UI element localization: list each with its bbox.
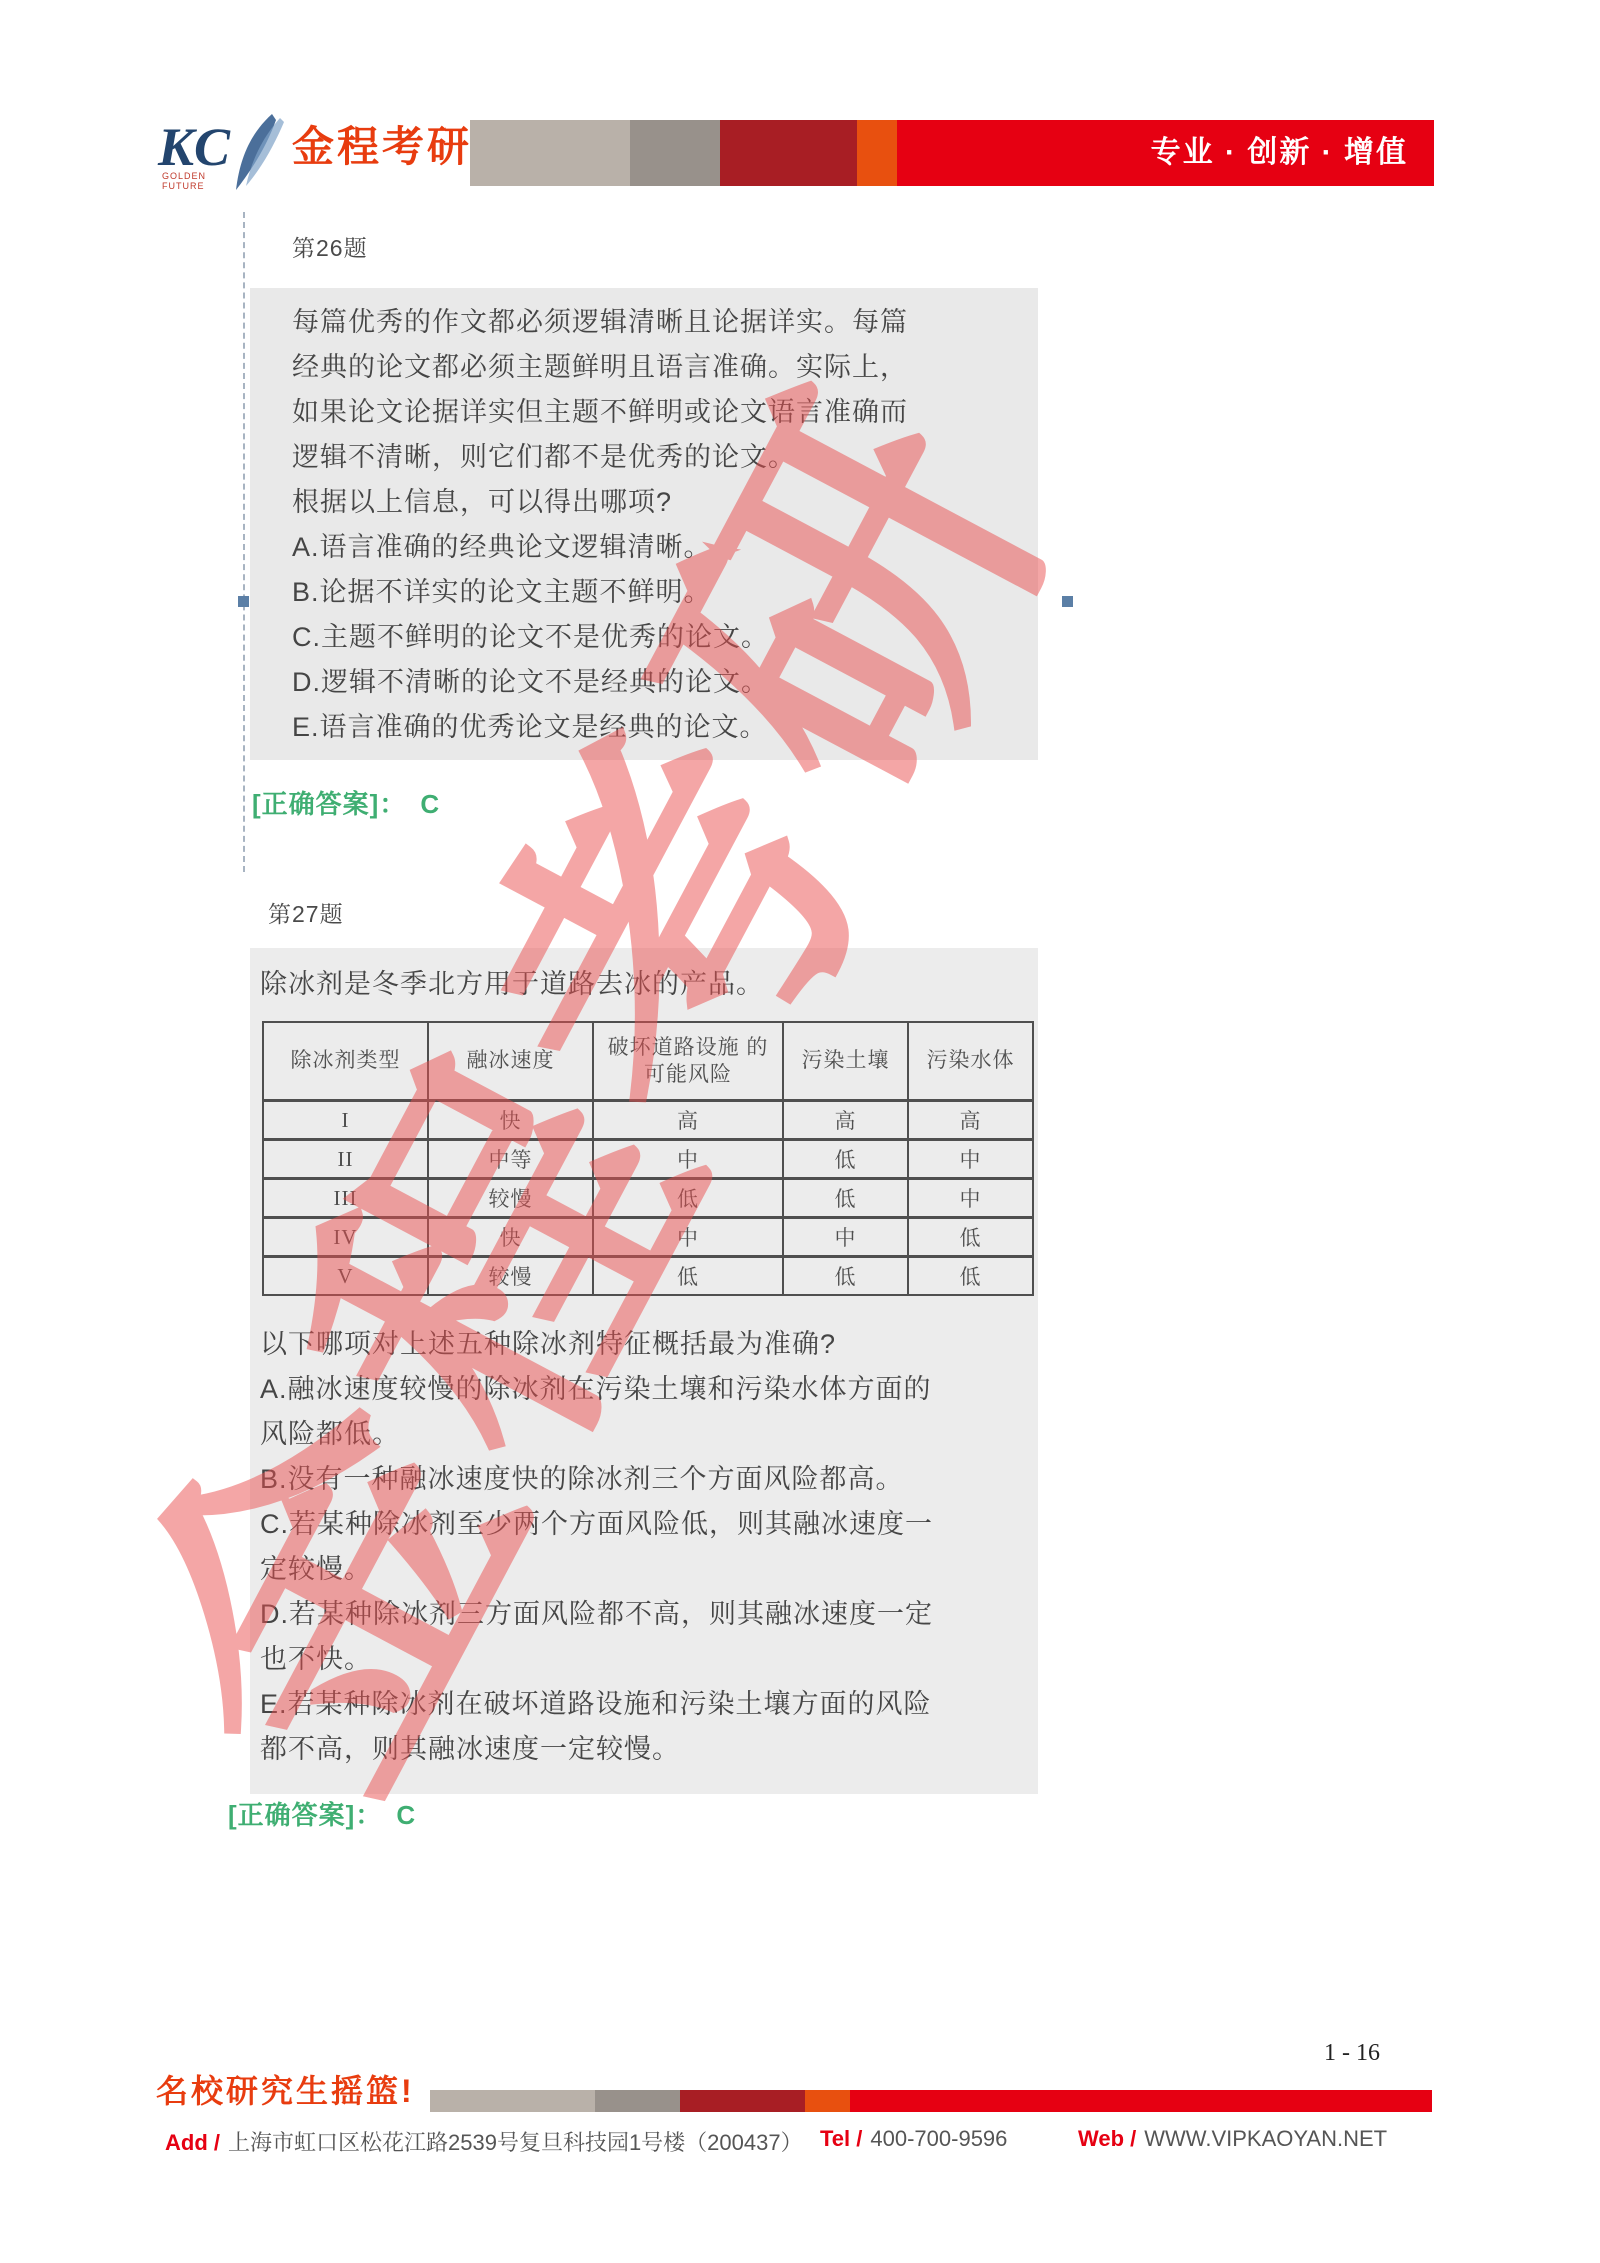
web-value: WWW.VIPKAOYAN.NET bbox=[1144, 2126, 1387, 2151]
q27-option-e: E.若某种除冰剂在破坏道路设施和污染土壤方面的风险 bbox=[260, 1682, 1038, 1727]
q26-option-e: E.语言准确的优秀论文是经典的论文。 bbox=[292, 705, 1038, 750]
q26-option-d: D.逻辑不清晰的论文不是经典的论文。 bbox=[292, 660, 1038, 705]
footer-bar-red bbox=[850, 2090, 1432, 2112]
table-row: V 较慢 低 低 低 bbox=[263, 1257, 1033, 1296]
cell: 高 bbox=[593, 1101, 783, 1140]
q26-stem-line: 根据以上信息，可以得出哪项? bbox=[292, 480, 1038, 525]
deicer-risk-table: 除冰剂类型 融冰速度 破坏道路设施 的可能风险 污染土壤 污染水体 I 快 高 … bbox=[262, 1021, 1034, 1296]
col-header: 污染土壤 bbox=[783, 1022, 908, 1101]
q27-option-b: B.没有一种融冰速度快的除冰剂三个方面风险都高。 bbox=[260, 1457, 1038, 1502]
cell: 中 bbox=[908, 1140, 1033, 1179]
image-selection-dashed-border bbox=[243, 212, 245, 872]
table-row: IV 快 中 中 低 bbox=[263, 1218, 1033, 1257]
q27-question-line: 以下哪项对上述五种除冰剂特征概括最为准确? bbox=[260, 1322, 1038, 1367]
q26-answer-label: [正确答案]： bbox=[252, 789, 406, 819]
q27-answer-label: [正确答案]： bbox=[228, 1800, 382, 1830]
header-slogan: 专业 · 创新 · 增值 bbox=[1151, 120, 1434, 186]
question-26-body: 每篇优秀的作文都必须逻辑清晰且论据详实。每篇 经典的论文都必须主题鲜明且语言准确… bbox=[250, 288, 1038, 760]
q26-answer-value: C bbox=[420, 789, 440, 819]
q26-stem-line: 逻辑不清晰，则它们都不是优秀的论文。 bbox=[292, 435, 1038, 480]
footer-website[interactable]: Web /WWW.VIPKAOYAN.NET bbox=[1078, 2126, 1387, 2152]
cell: IV bbox=[263, 1218, 428, 1257]
q27-answer-row: [正确答案]：C bbox=[228, 1795, 416, 1832]
q26-stem-line: 经典的论文都必须主题鲜明且语言准确。实际上， bbox=[292, 345, 1038, 390]
cell: 高 bbox=[783, 1101, 908, 1140]
q27-answer-value: C bbox=[396, 1800, 416, 1830]
col-header: 融冰速度 bbox=[428, 1022, 593, 1101]
q26-option-b: B.论据不详实的论文主题不鲜明。 bbox=[292, 570, 1038, 615]
q27-option-c-cont: 定较慢。 bbox=[260, 1547, 1038, 1592]
cell: 低 bbox=[908, 1257, 1033, 1296]
address-value: 上海市虹口区松花江路2539号复旦科技园1号楼（200437） bbox=[228, 2130, 803, 2155]
question-27-title: 第27题 bbox=[268, 896, 344, 929]
q26-option-c: C.主题不鲜明的论文不是优秀的论文。 bbox=[292, 615, 1038, 660]
tel-value: 400-700-9596 bbox=[870, 2126, 1007, 2151]
q27-option-d-cont: 也不快。 bbox=[260, 1637, 1038, 1682]
cell: 低 bbox=[593, 1257, 783, 1296]
cell: 低 bbox=[783, 1257, 908, 1296]
q26-option-a: A.语言准确的经典论文逻辑清晰。 bbox=[292, 525, 1038, 570]
header-bar-red: 专业 · 创新 · 增值 bbox=[897, 120, 1434, 186]
selection-handle-right[interactable] bbox=[1062, 596, 1073, 607]
cell: 低 bbox=[908, 1218, 1033, 1257]
q27-option-a-cont: 风险都低。 bbox=[260, 1412, 1038, 1457]
address-label: Add / bbox=[165, 2130, 220, 2155]
q26-stem-line: 每篇优秀的作文都必须逻辑清晰且论据详实。每篇 bbox=[292, 300, 1038, 345]
footer-slogan: 名校研究生摇篮! bbox=[156, 2066, 415, 2112]
selection-handle-left[interactable] bbox=[238, 596, 249, 607]
cell: 低 bbox=[593, 1179, 783, 1218]
cell: 高 bbox=[908, 1101, 1033, 1140]
table-header-row: 除冰剂类型 融冰速度 破坏道路设施 的可能风险 污染土壤 污染水体 bbox=[263, 1022, 1033, 1101]
cell: I bbox=[263, 1101, 428, 1140]
q27-option-a: A.融冰速度较慢的除冰剂在污染土壤和污染水体方面的 bbox=[260, 1367, 1038, 1412]
cell: 中 bbox=[908, 1179, 1033, 1218]
header-bar-segment-lightgray bbox=[470, 120, 630, 186]
cell: III bbox=[263, 1179, 428, 1218]
footer-bar-segment-orange bbox=[805, 2090, 850, 2112]
q26-stem-line: 如果论文论据详实但主题不鲜明或论文语言准确而 bbox=[292, 390, 1038, 435]
tel-label: Tel / bbox=[820, 2126, 862, 2151]
page-number: 1 - 16 bbox=[1250, 2040, 1380, 2067]
logo-tagline: GOLDEN FUTURE bbox=[162, 172, 222, 192]
footer-address: Add /上海市虹口区松花江路2539号复旦科技园1号楼（200437） bbox=[165, 2126, 803, 2157]
cell: 中 bbox=[593, 1218, 783, 1257]
table-row: III 较慢 低 低 中 bbox=[263, 1179, 1033, 1218]
col-header: 破坏道路设施 的可能风险 bbox=[593, 1022, 783, 1101]
q26-answer-row: [正确答案]：C bbox=[252, 784, 440, 821]
footer-bar-segment-darkred bbox=[680, 2090, 805, 2112]
cell: 中 bbox=[783, 1218, 908, 1257]
cell: 中等 bbox=[428, 1140, 593, 1179]
cell: 快 bbox=[428, 1218, 593, 1257]
header-bar-segment-gray bbox=[630, 120, 720, 186]
brand-name: 金程考研 bbox=[292, 126, 472, 168]
q27-option-c: C.若某种除冰剂至少两个方面风险低，则其融冰速度一 bbox=[260, 1502, 1038, 1547]
header-bar-segment-orange bbox=[857, 120, 897, 186]
cell: 低 bbox=[783, 1179, 908, 1218]
q27-intro: 除冰剂是冬季北方用于道路去冰的产品。 bbox=[260, 962, 1038, 1007]
table-row: II 中等 中 低 中 bbox=[263, 1140, 1033, 1179]
cell: 快 bbox=[428, 1101, 593, 1140]
cell: 中 bbox=[593, 1140, 783, 1179]
col-header: 除冰剂类型 bbox=[263, 1022, 428, 1101]
question-26-title: 第26题 bbox=[292, 230, 368, 263]
question-27-body: 除冰剂是冬季北方用于道路去冰的产品。 除冰剂类型 融冰速度 破坏道路设施 的可能… bbox=[250, 948, 1038, 1794]
footer-bar-segment-gray bbox=[595, 2090, 680, 2112]
cell: 较慢 bbox=[428, 1257, 593, 1296]
col-header: 污染水体 bbox=[908, 1022, 1033, 1101]
web-label: Web / bbox=[1078, 2126, 1136, 2151]
cell: II bbox=[263, 1140, 428, 1179]
footer-telephone: Tel /400-700-9596 bbox=[820, 2126, 1007, 2152]
table-row: I 快 高 高 高 bbox=[263, 1101, 1033, 1140]
cell: 低 bbox=[783, 1140, 908, 1179]
logo-kc-monogram: KC bbox=[158, 120, 230, 174]
cell: 较慢 bbox=[428, 1179, 593, 1218]
header-bar-segment-darkred bbox=[720, 120, 857, 186]
cell: V bbox=[263, 1257, 428, 1296]
footer-bar-segment-lightgray bbox=[430, 2090, 595, 2112]
feather-logo-icon bbox=[222, 112, 286, 196]
q27-option-e-cont: 都不高，则其融冰速度一定较慢。 bbox=[260, 1727, 1038, 1772]
q27-option-d: D.若某种除冰剂三方面风险都不高，则其融冰速度一定 bbox=[260, 1592, 1038, 1637]
